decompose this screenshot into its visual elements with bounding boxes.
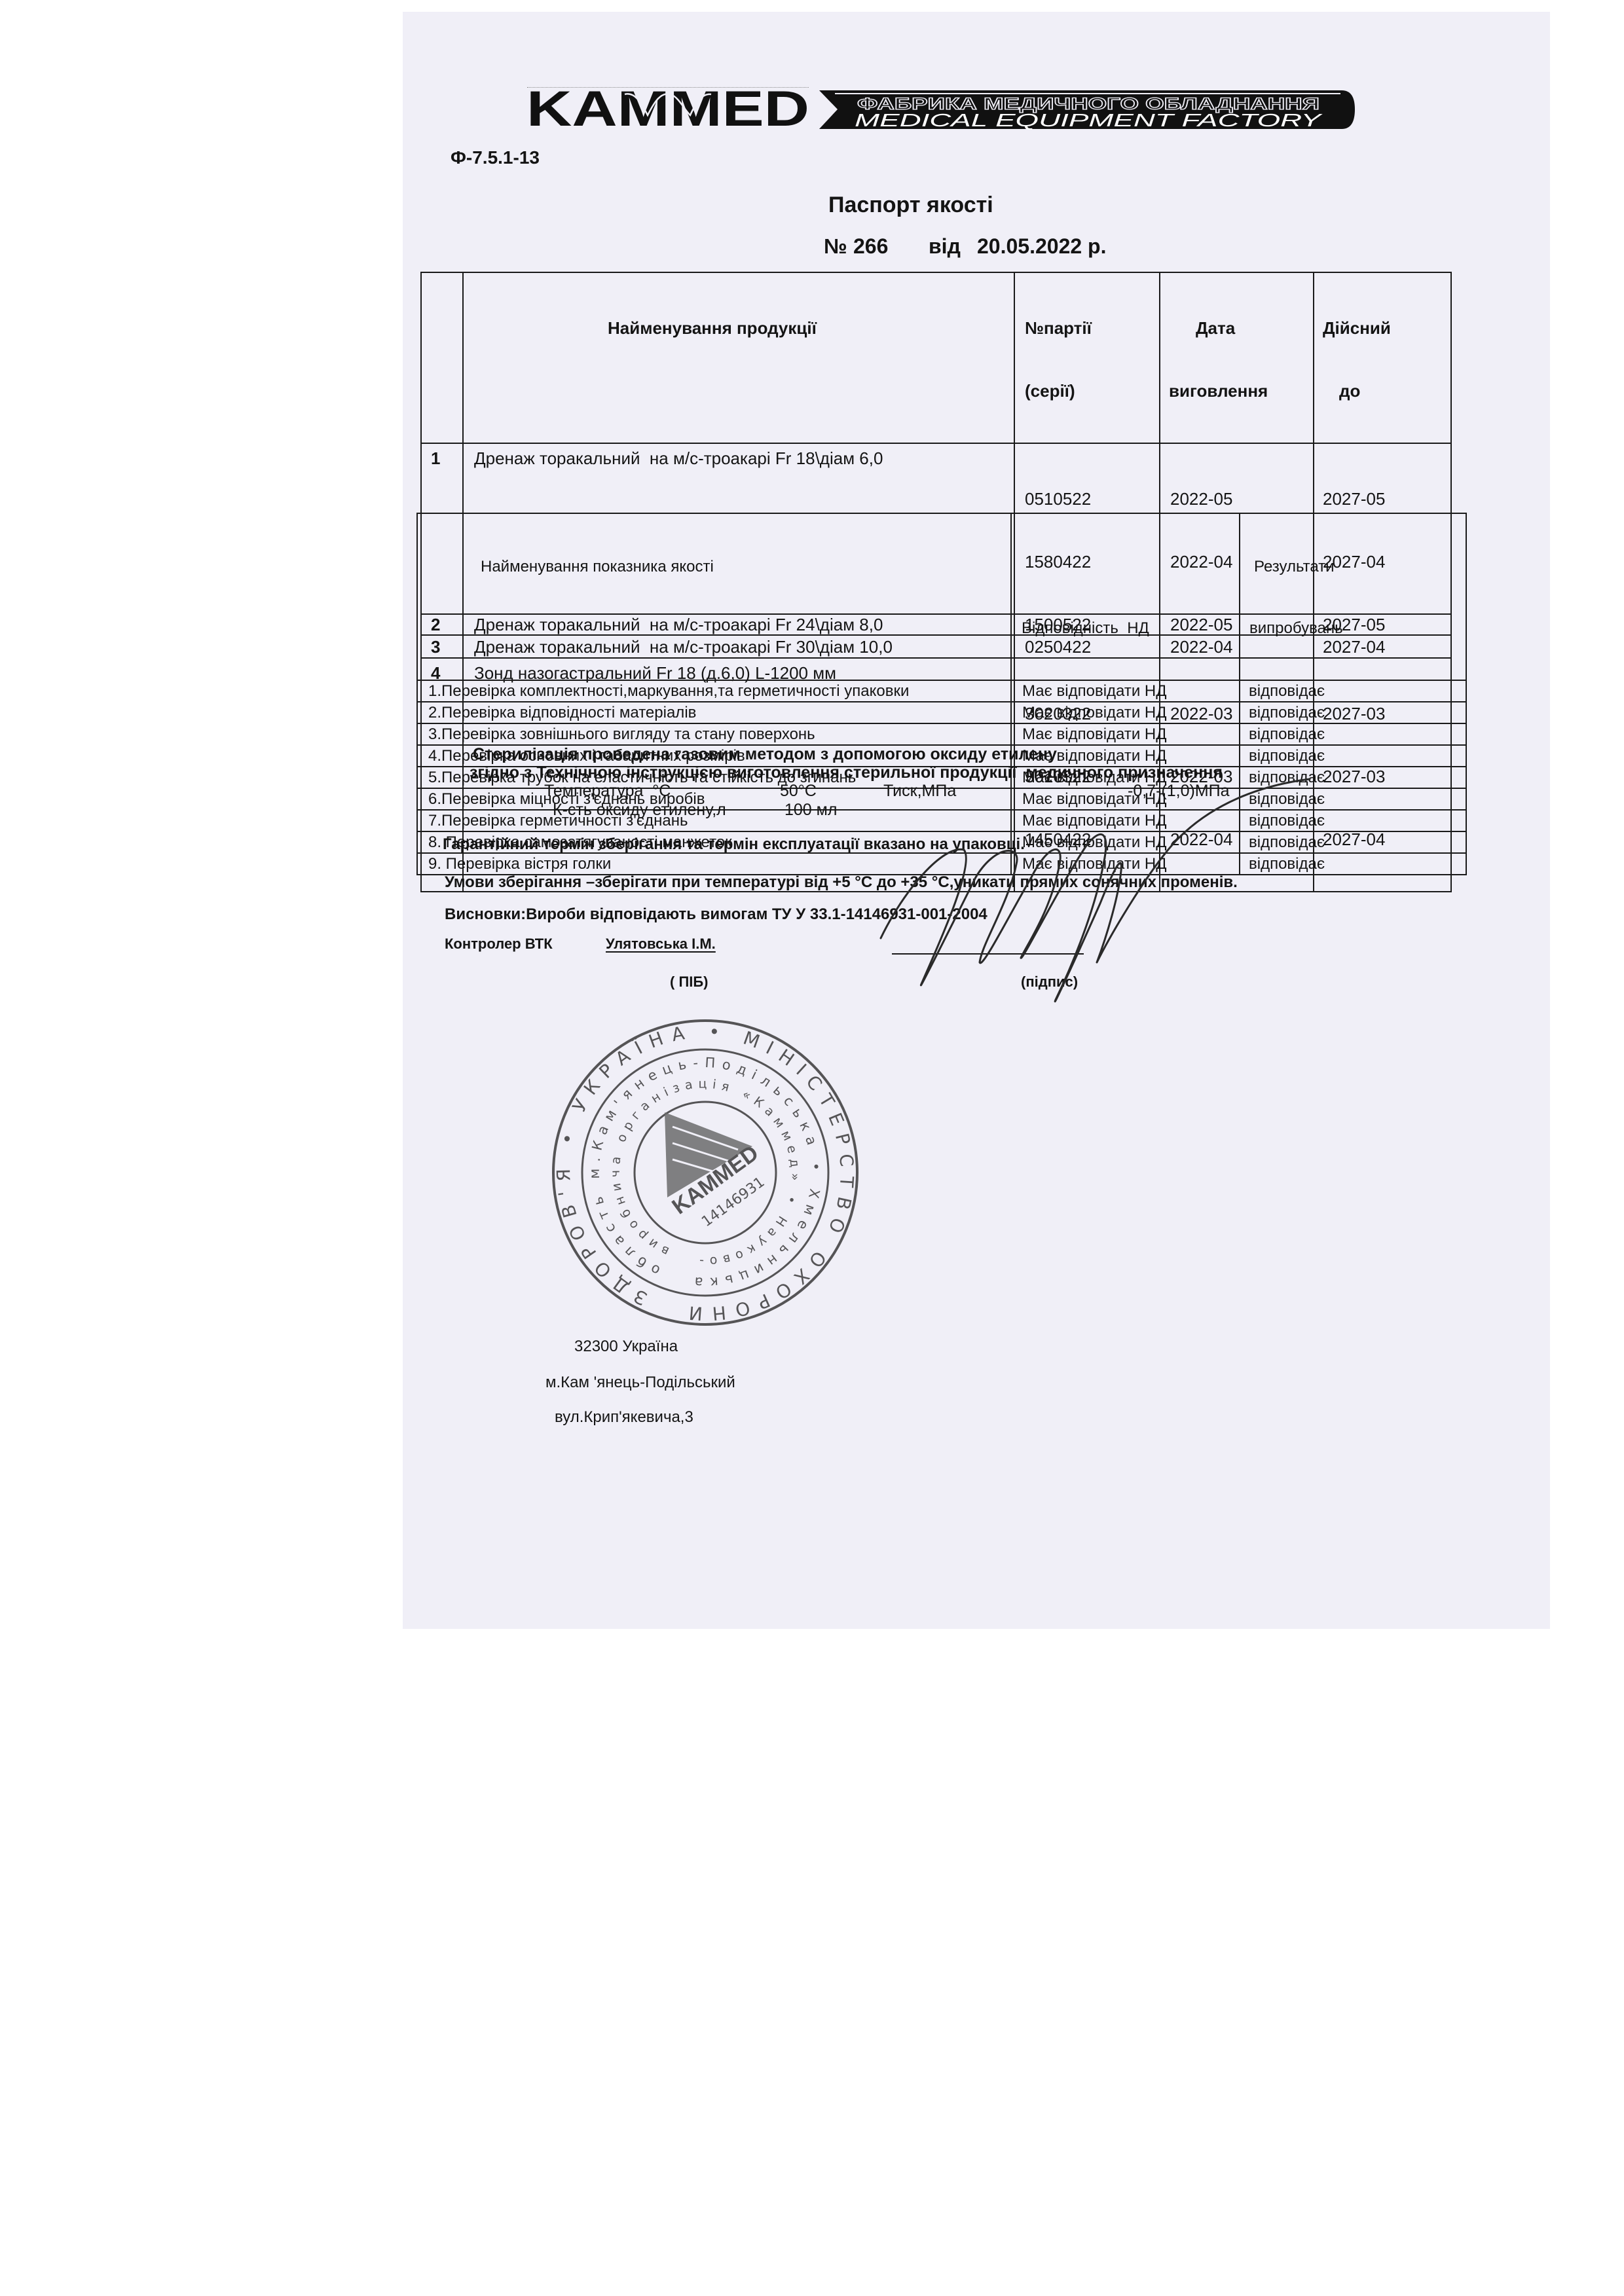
conformity: Має відповідати НД [1011, 680, 1240, 702]
result: відповідає [1240, 831, 1466, 853]
conformity: Має відповідати НД [1011, 831, 1240, 853]
sterilization-line1: Стерилізація проведена газовим методом з… [473, 744, 1057, 764]
indicator: 3.Перевірка зовнішнього вигляду та стану… [417, 723, 1011, 745]
header-num [421, 272, 463, 443]
result: відповідає [1240, 680, 1466, 702]
result: відповідає [1240, 767, 1466, 788]
header-product-name: Найменування продукції [463, 272, 1014, 443]
table-row: 9. Перевірка вістря голки Має відповідат… [417, 853, 1466, 875]
indicator: 2.Перевірка відповідності матеріалів [417, 702, 1011, 723]
header-valid-l2: до [1323, 380, 1450, 402]
warranty-note: Гарантійний термін зберігання та термін … [443, 835, 1025, 854]
conformity: Має відповідати НД [1011, 810, 1240, 831]
quality-table: Найменування показника якості Відповідні… [416, 513, 1467, 875]
result: відповідає [1240, 702, 1466, 723]
factory-banner: ФАБРИКА МЕДИЧНОГО ОБЛАДНАННЯ MEDICAL EQU… [819, 90, 1356, 130]
header-results: Результати випробувань [1240, 513, 1466, 680]
product-name: Дренаж торакальний на м/с-троакарі Fr 18… [474, 447, 1014, 469]
address-line1: 32300 Україна [574, 1337, 678, 1357]
sterilization-line2: згідно з Технічною інструкцією виготовле… [470, 763, 1223, 782]
ethylene-oxide-label: К-сть оксиду етилену,л [553, 800, 726, 820]
pressure-value: -0,7-(1,0)МПа [1128, 781, 1230, 801]
table-row: 3.Перевірка зовнішнього вигляду та стану… [417, 723, 1466, 745]
doc-date-label: від [929, 233, 961, 259]
header-product-name-text: Найменування продукції [608, 317, 1014, 339]
indicator: 1.Перевірка комплектності,маркування,та … [417, 680, 1011, 702]
header-batch: №партії (серії) [1014, 272, 1160, 443]
pressure-label: Тиск,МПа [883, 781, 956, 801]
table-row: 1.Перевірка комплектності,маркування,та … [417, 680, 1466, 702]
temperature-label: Температура °С [544, 781, 671, 801]
temperature-value: 50°С [780, 781, 817, 801]
result: відповідає [1240, 745, 1466, 767]
doc-number: 266 [853, 233, 888, 259]
made-date: 2022-05 [1170, 488, 1313, 510]
controller-role: Контролер ВТК [445, 934, 553, 954]
header-made-date: Дата виговлення [1160, 272, 1314, 443]
table-row: 2.Перевірка відповідності матеріалів Має… [417, 702, 1466, 723]
result: відповідає [1240, 853, 1466, 875]
name-caption: ( ПІБ) [670, 972, 709, 992]
conformity: Має відповідати НД [1011, 723, 1240, 745]
header-made-l2: виговлення [1169, 380, 1313, 402]
header-conformity-text: Відповідність НД [1022, 618, 1239, 639]
logo-brand-text: KAMMED [526, 89, 809, 127]
ethylene-oxide-value: 100 мл [784, 800, 837, 820]
result: відповідає [1240, 788, 1466, 810]
storage-note: Умови зберігання –зберігати при температ… [445, 873, 1238, 892]
logo-dotted-rule [527, 87, 809, 88]
form-code: Ф-7.5.1-13 [451, 148, 540, 168]
controller-name: Улятовська І.М. [606, 934, 716, 954]
header-results-l2: випробувань [1249, 618, 1466, 639]
header-batch-l2: (серії) [1025, 380, 1159, 402]
address-line3: вул.Крип'якевича,3 [555, 1408, 693, 1427]
row-num: 1 [431, 447, 462, 469]
signature-line [892, 953, 1084, 955]
header-valid-until: Дійсний до [1314, 272, 1451, 443]
valid-until: 2027-05 [1323, 488, 1450, 510]
header-batch-l1: №партії [1025, 317, 1159, 339]
header-valid-l1: Дійсний [1323, 317, 1450, 339]
result: відповідає [1240, 723, 1466, 745]
doc-number-label: № [824, 233, 847, 259]
header-indicator: Найменування показника якості [417, 513, 1011, 680]
header-made-l1: Дата [1169, 317, 1313, 339]
batch-number: 0510522 [1025, 488, 1159, 510]
doc-date: 20.05.2022 р. [977, 233, 1106, 259]
header-indicator-text: Найменування показника якості [481, 556, 1010, 577]
result: відповідає [1240, 810, 1466, 831]
page-title: Паспорт якості [828, 192, 993, 218]
conclusion-note: Висновки:Вироби відповідають вимогам ТУ … [445, 905, 987, 924]
quality-header-row: Найменування показника якості Відповідні… [417, 513, 1466, 680]
products-header-row: Найменування продукції №партії (серії) Д… [421, 272, 1451, 443]
header-conformity: Відповідність НД [1011, 513, 1240, 680]
indicator: 9. Перевірка вістря голки [417, 853, 1011, 875]
address-line2: м.Кам 'янець-Подільський [545, 1373, 735, 1393]
header-results-l1: Результати [1249, 556, 1466, 577]
banner-text-en: MEDICAL EQUIPMENT FACTORY [855, 110, 1323, 130]
conformity: Має відповідати НД [1011, 853, 1240, 875]
signature-caption: (підпис) [1021, 972, 1078, 992]
conformity: Має відповідати НД [1011, 702, 1240, 723]
official-stamp: ЗДОРОВ'Я • УКРАЇНА • МІНІСТЕРСТВО ОХОРОН… [548, 1015, 862, 1330]
kammed-logo: KAMMED [526, 89, 812, 127]
